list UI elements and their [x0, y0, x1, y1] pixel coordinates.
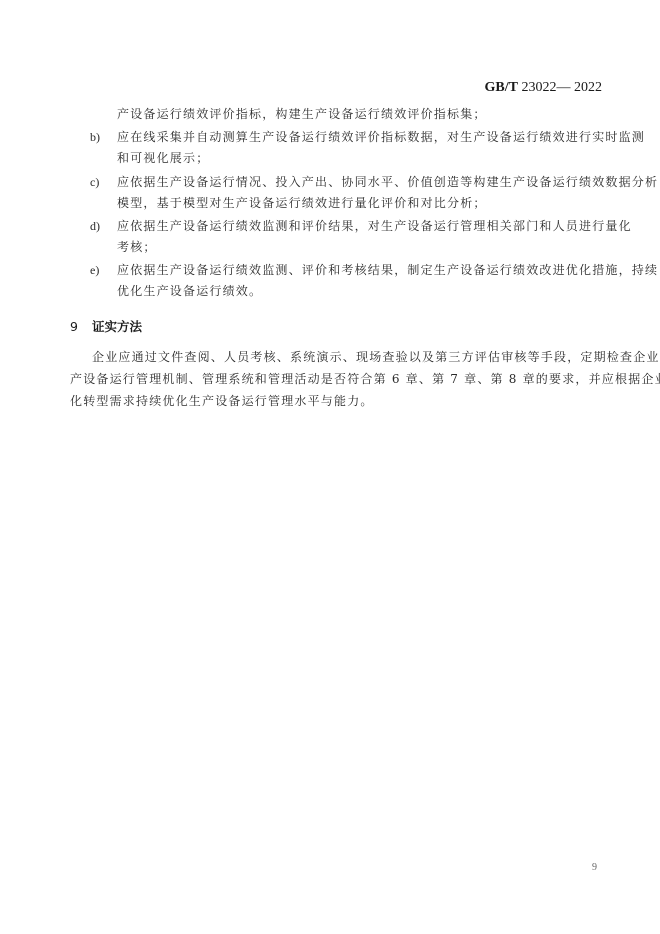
standard-code: GB/T 23022— 2022	[485, 80, 602, 96]
list-item-e-line1: 应依据生产设备运行绩效监测、评价和考核结果，制定生产设备运行绩效改进优化措施，持…	[117, 262, 658, 278]
section-title: 证实方法	[92, 319, 142, 334]
standard-prefix: GB/T	[485, 80, 518, 95]
paragraph-line-3: 化转型需求持续优化生产设备运行管理水平与能力。	[70, 393, 374, 409]
list-marker-c: c)	[90, 174, 99, 190]
list-marker-b: b)	[90, 129, 100, 145]
standard-number: 23022— 2022	[522, 80, 603, 95]
section-number: 9	[70, 319, 78, 334]
list-item-b-line2: 和可视化展示；	[117, 150, 209, 166]
page-number: 9	[592, 862, 597, 873]
section-heading: 9证实方法	[70, 317, 142, 335]
paragraph-line-1: 企业应通过文件查阅、人员考核、系统演示、现场查验以及第三方评估审核等手段，定期检…	[92, 349, 660, 365]
list-item-e-line2: 优化生产设备运行绩效。	[117, 283, 262, 299]
list-item-d-line1: 应依据生产设备运行绩效监测和评价结果，对生产设备运行管理相关部门和人员进行量化	[117, 218, 632, 234]
list-item-b-line1: 应在线采集并自动测算生产设备运行绩效评价指标数据，对生产设备运行绩效进行实时监测	[117, 129, 645, 145]
list-marker-d: d)	[90, 218, 100, 234]
paragraph-line-2: 产设备运行管理机制、管理系统和管理活动是否符合第 6 章、第 7 章、第 8 章…	[70, 371, 660, 387]
list-item-continuation: 产设备运行绩效评价指标，构建生产设备运行绩效评价指标集；	[117, 106, 487, 122]
list-item-c-line2: 模型，基于模型对生产设备运行绩效进行量化评价和对比分析；	[117, 195, 487, 211]
list-item-c-line1: 应依据生产设备运行情况、投入产出、协同水平、价值创造等构建生产设备运行绩效数据分…	[117, 174, 658, 190]
list-item-d-line2: 考核；	[117, 239, 157, 255]
list-marker-e: e)	[90, 262, 99, 278]
